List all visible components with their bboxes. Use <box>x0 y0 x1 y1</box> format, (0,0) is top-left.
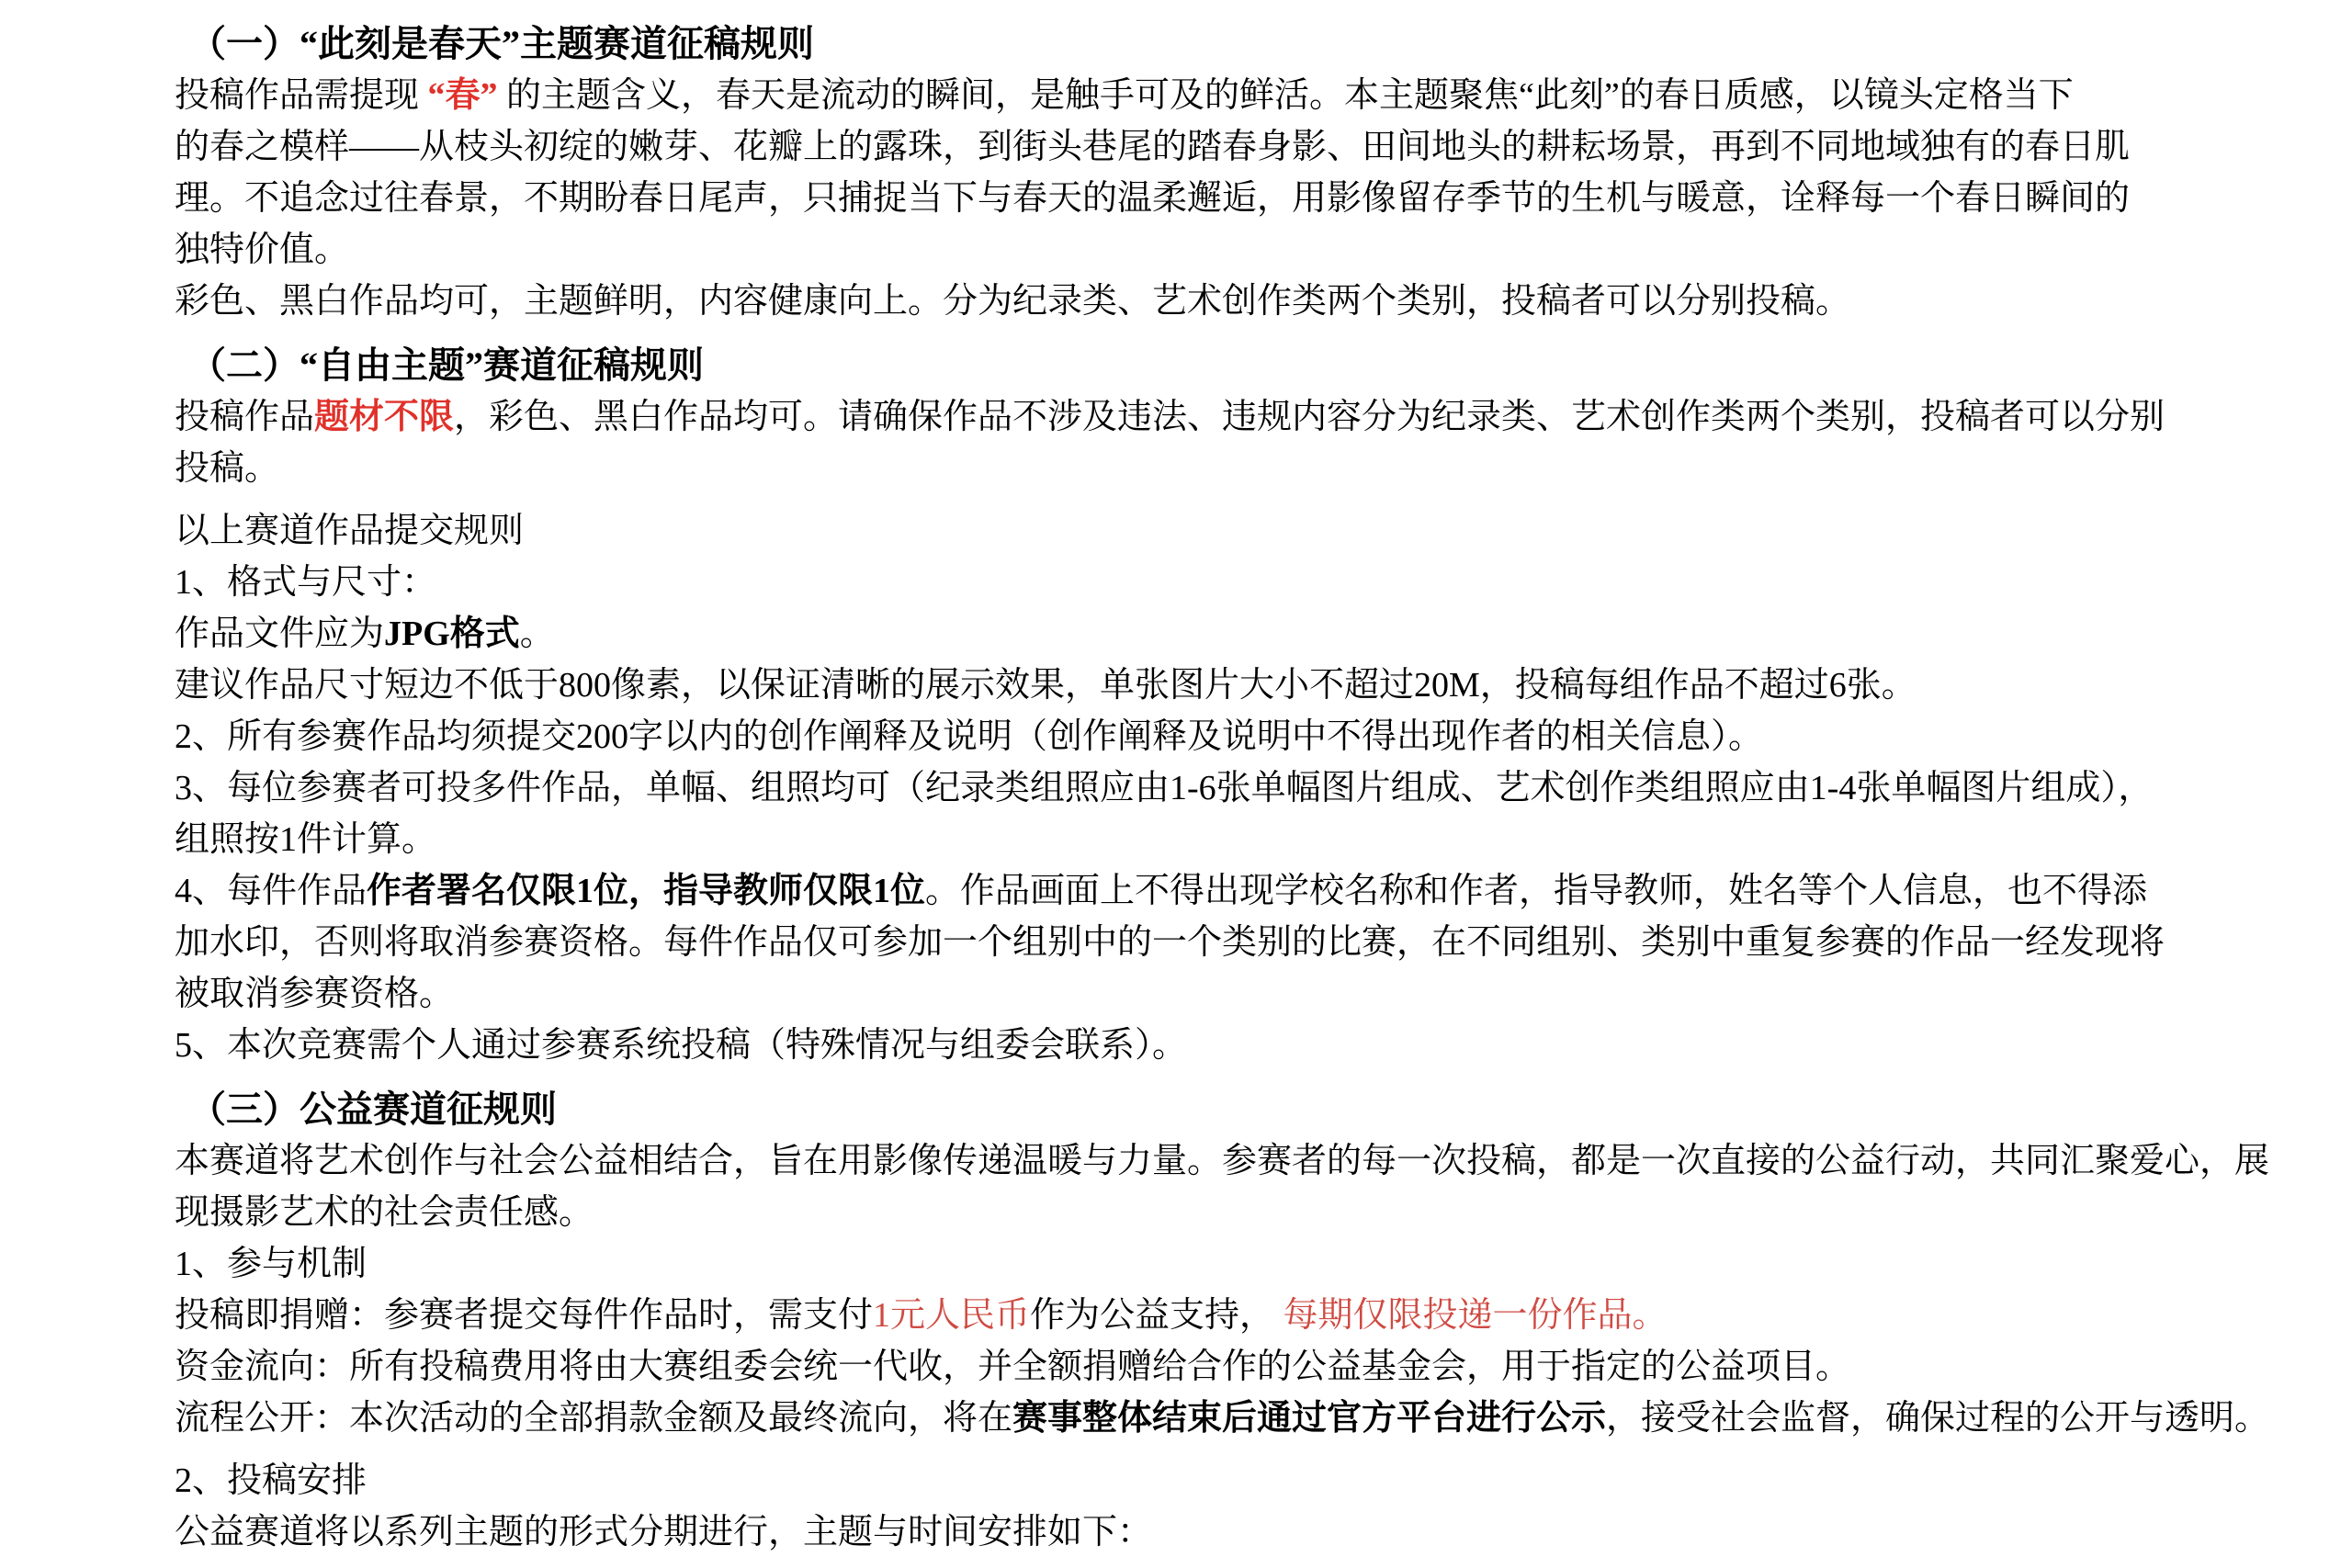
text-segment: ，彩色、黑白作品均可。请确保作品不涉及违法、违规内容分为纪录类、艺术创作类两个类… <box>454 398 2165 436</box>
text-segment: 流程公开：本次活动的全部捐款金额及最终流向，将在 <box>175 1399 1012 1438</box>
text-line: （一）“此刻是春天”主题赛道征稿规则 <box>175 18 2297 70</box>
section-3-body: 本赛道将艺术创作与社会公益相结合，旨在用影像传递温暖与力量。参赛者的每一次投稿，… <box>175 1135 2297 1444</box>
text-line: 组照按1件计算。 <box>175 814 2297 865</box>
text-segment: 的主题含义，春天是流动的瞬间，是触手可及的鲜活。本主题聚焦“此刻”的春日质感，以… <box>498 76 2074 115</box>
text-segment: 1、格式与尺寸： <box>175 563 436 602</box>
text-segment: 4、每件作品 <box>175 872 367 910</box>
text-segment: 的春之模样——从枝头初绽的嫩芽、花瓣上的露珠，到街头巷尾的踏春身影、田间地头的耕… <box>175 128 2130 166</box>
text-line: 作品文件应为JPG格式。 <box>175 608 2297 660</box>
text-line: 的春之模样——从枝头初绽的嫩芽、花瓣上的露珠，到街头巷尾的踏春身影、田间地头的耕… <box>175 121 2297 173</box>
text-line: 被取消参赛资格。 <box>175 968 2297 1020</box>
text-segment: 彩色、黑白作品均可，主题鲜明，内容健康向上。分为纪录类、艺术创作类两个类别，投稿… <box>175 282 1850 321</box>
red-bold-text: “春” <box>428 76 498 115</box>
text-line: 投稿作品题材不限，彩色、黑白作品均可。请确保作品不涉及违法、违规内容分为纪录类、… <box>175 391 2297 443</box>
section-2-heading: （二）“自由主题”赛道征稿规则 <box>175 340 2297 391</box>
text-segment: 投稿作品 <box>175 398 314 436</box>
submission-rules: 以上赛道作品提交规则1、格式与尺寸：作品文件应为JPG格式。建议作品尺寸短边不低… <box>175 505 2297 1071</box>
text-line: 2、所有参赛作品均须提交200字以内的创作阐释及说明（创作阐释及说明中不得出现作… <box>175 711 2297 762</box>
text-line: 彩色、黑白作品均可，主题鲜明，内容健康向上。分为纪录类、艺术创作类两个类别，投稿… <box>175 276 2297 327</box>
text-segment: ，接受社会监督，确保过程的公开与透明。 <box>1606 1399 2269 1438</box>
bold-text: （一）“此刻是春天”主题赛道征稿规则 <box>189 23 814 64</box>
text-segment: 被取消参赛资格。 <box>175 975 454 1013</box>
text-segment: 投稿。 <box>175 449 279 488</box>
text-segment: 5、本次竞赛需个人通过参赛系统投稿（特殊情况与组委会联系）。 <box>175 1026 1187 1065</box>
red-bold-text: 题材不限 <box>314 398 454 436</box>
text-line: 4、每件作品作者署名仅限1位，指导教师仅限1位。作品画面上不得出现学校名称和作者… <box>175 865 2297 917</box>
text-line: 建议作品尺寸短边不低于800像素，以保证清晰的展示效果，单张图片大小不超过20M… <box>175 660 2297 711</box>
text-line: 独特价值。 <box>175 224 2297 276</box>
bold-text: 赛事整体结束后通过官方平台进行公示 <box>1012 1399 1606 1438</box>
text-line: 投稿。 <box>175 443 2297 494</box>
section-1-body: 投稿作品需提现 “春” 的主题含义，春天是流动的瞬间，是触手可及的鲜活。本主题聚… <box>175 70 2297 327</box>
text-segment: 投稿作品需提现 <box>175 76 428 115</box>
text-segment: 3、每位参赛者可投多件作品，单幅、组照均可（纪录类组照应由1-6张单幅图片组成、… <box>175 769 2153 807</box>
text-line: 5、本次竞赛需个人通过参赛系统投稿（特殊情况与组委会联系）。 <box>175 1020 2297 1071</box>
text-line: 加水印，否则将取消参赛资格。每件作品仅可参加一个组别中的一个类别的比赛，在不同组… <box>175 917 2297 968</box>
text-segment: 作品文件应为 <box>175 615 384 653</box>
text-line: 资金流向：所有投稿费用将由大赛组委会统一代收，并全额捐赠给合作的公益基金会，用于… <box>175 1341 2297 1393</box>
text-line: 3、每位参赛者可投多件作品，单幅、组照均可（纪录类组照应由1-6张单幅图片组成、… <box>175 762 2297 814</box>
section-3-heading: （三）公益赛道征规则 <box>175 1084 2297 1135</box>
section-1-heading: （一）“此刻是春天”主题赛道征稿规则 <box>175 18 2297 70</box>
text-segment: 。 <box>520 615 555 653</box>
text-segment: 资金流向：所有投稿费用将由大赛组委会统一代收，并全额捐赠给合作的公益基金会，用于… <box>175 1348 1850 1386</box>
text-segment: 公益赛道将以系列主题的形式分期进行，主题与时间安排如下： <box>175 1513 1152 1551</box>
text-line: 2、投稿安排 <box>175 1455 2297 1506</box>
text-line: 理。不追念过往春景，不期盼春日尾声，只捕捉当下与春天的温柔邂逅，用影像留存季节的… <box>175 173 2297 224</box>
text-line: （二）“自由主题”赛道征稿规则 <box>175 340 2297 391</box>
text-segment: 理。不追念过往春景，不期盼春日尾声，只捕捉当下与春天的温柔邂逅，用影像留存季节的… <box>175 179 2130 218</box>
text-line: 公益赛道将以系列主题的形式分期进行，主题与时间安排如下： <box>175 1506 2297 1558</box>
section-2-body: 投稿作品题材不限，彩色、黑白作品均可。请确保作品不涉及违法、违规内容分为纪录类、… <box>175 391 2297 494</box>
text-line: 1、格式与尺寸： <box>175 557 2297 608</box>
text-segment: 以上赛道作品提交规则 <box>175 512 524 550</box>
text-segment: 建议作品尺寸短边不低于800像素，以保证清晰的展示效果，单张图片大小不超过20M… <box>175 666 1917 705</box>
text-segment: 1、参与机制 <box>175 1245 367 1283</box>
text-segment: 独特价值。 <box>175 231 349 269</box>
bold-text: （二）“自由主题”赛道征稿规则 <box>189 344 704 386</box>
text-line: 以上赛道作品提交规则 <box>175 505 2297 557</box>
text-segment: 投稿即捐赠：参赛者提交每件作品时，需支付 <box>175 1296 873 1335</box>
text-line: 本赛道将艺术创作与社会公益相结合，旨在用影像传递温暖与力量。参赛者的每一次投稿，… <box>175 1135 2297 1187</box>
bold-text: （三）公益赛道征规则 <box>189 1089 557 1130</box>
text-segment: 本赛道将艺术创作与社会公益相结合，旨在用影像传递温暖与力量。参赛者的每一次投稿，… <box>175 1142 2269 1180</box>
text-line: 投稿即捐赠：参赛者提交每件作品时，需支付1元人民币作为公益支持， 每期仅限投递一… <box>175 1290 2297 1341</box>
text-segment: 2、投稿安排 <box>175 1461 367 1500</box>
text-segment: 组照按1件计算。 <box>175 820 436 859</box>
text-line: 流程公开：本次活动的全部捐款金额及最终流向，将在赛事整体结束后通过官方平台进行公… <box>175 1393 2297 1444</box>
document: （一）“此刻是春天”主题赛道征稿规则投稿作品需提现 “春” 的主题含义，春天是流… <box>0 0 2352 1558</box>
text-segment: 作为公益支持， <box>1030 1296 1274 1335</box>
text-segment: 现摄影艺术的社会责任感。 <box>175 1193 594 1232</box>
text-line: 现摄影艺术的社会责任感。 <box>175 1187 2297 1238</box>
text-segment: 加水印，否则将取消参赛资格。每件作品仅可参加一个组别中的一个类别的比赛，在不同组… <box>175 923 2165 962</box>
red-text: 每期仅限投递一份作品。 <box>1274 1296 1668 1335</box>
text-line: 1、参与机制 <box>175 1238 2297 1290</box>
text-line: 投稿作品需提现 “春” 的主题含义，春天是流动的瞬间，是触手可及的鲜活。本主题聚… <box>175 70 2297 121</box>
bold-text: 作者署名仅限1位，指导教师仅限1位 <box>367 872 925 910</box>
red-text: 1元人民币 <box>873 1296 1030 1335</box>
submission-schedule: 2、投稿安排公益赛道将以系列主题的形式分期进行，主题与时间安排如下： <box>175 1455 2297 1558</box>
text-line: （三）公益赛道征规则 <box>175 1084 2297 1135</box>
bold-text: JPG格式 <box>384 615 520 653</box>
text-segment: 2、所有参赛作品均须提交200字以内的创作阐释及说明（创作阐释及说明中不得出现作… <box>175 717 1763 756</box>
text-segment: 。作品画面上不得出现学校名称和作者，指导教师，姓名等个人信息，也不得添 <box>925 872 2147 910</box>
